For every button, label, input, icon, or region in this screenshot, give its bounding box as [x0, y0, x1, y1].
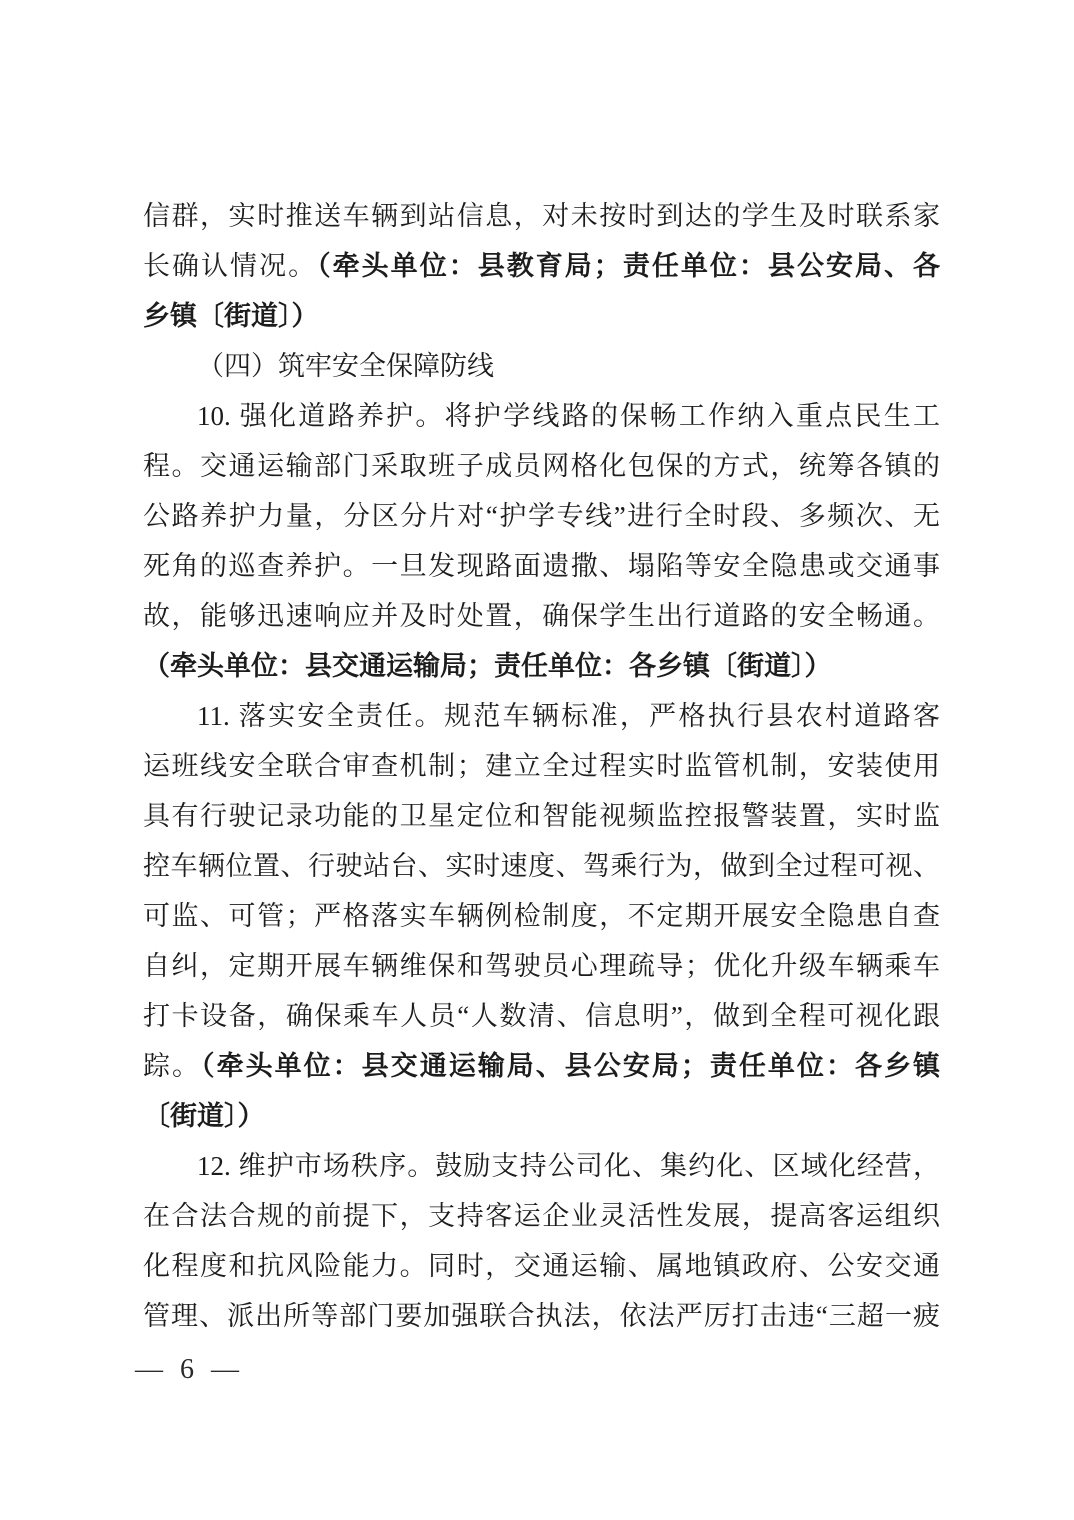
text-line: 故，能够迅速响应并及时处置，确保学生出行道路的安全畅通。 — [143, 591, 940, 641]
body-text: 踪。 — [143, 1051, 201, 1081]
text-line: 自纠，定期开展车辆维保和驾驶员心理疏导；优化升级车辆乘车 — [143, 941, 940, 991]
body-text: 12. 维护市场秩序。鼓励支持公司化、集约化、区域化经营， — [197, 1151, 940, 1181]
responsibility-annotation: （牵头单位：县教育局；责任单位：县公安局、各 — [317, 251, 940, 281]
text-line: 乡镇〔街道〕） — [143, 291, 940, 341]
text-line: 化程度和抗风险能力。同时，交通运输、属地镇政府、公安交通 — [143, 1241, 940, 1291]
body-text: 故，能够迅速响应并及时处置，确保学生出行道路的安全畅通。 — [143, 601, 940, 631]
text-line: 具有行驶记录功能的卫星定位和智能视频监控报警装置，实时监 — [143, 791, 940, 841]
page-number: — 6 — — [135, 1352, 239, 1388]
text-line: 在合法合规的前提下，支持客运企业灵活性发展，提高客运组织 — [143, 1191, 940, 1241]
text-line: 打卡设备，确保乘车人员“人数清、信息明”，做到全程可视化跟 — [143, 991, 940, 1041]
body-text: 10. 强化道路养护。将护学线路的保畅工作纳入重点民生工 — [197, 401, 940, 431]
text-line: 控车辆位置、行驶站台、实时速度、驾乘行为，做到全过程可视、 — [143, 841, 940, 891]
responsibility-annotation: 乡镇〔街道〕） — [143, 301, 319, 331]
section-heading-line: （四）筑牢安全保障防线 — [143, 341, 940, 391]
text-line: 程。交通运输部门采取班子成员网格化包保的方式，统筹各镇的 — [143, 441, 940, 491]
text-line: 10. 强化道路养护。将护学线路的保畅工作纳入重点民生工 — [143, 391, 940, 441]
text-line: 运班线安全联合审查机制；建立全过程实时监管机制，安装使用 — [143, 741, 940, 791]
body-text: 自纠，定期开展车辆维保和驾驶员心理疏导；优化升级车辆乘车 — [143, 951, 940, 981]
text-line: 公路养护力量，分区分片对“护学专线”进行全时段、多频次、无 — [143, 491, 940, 541]
text-line: （牵头单位：县交通运输局；责任单位：各乡镇〔街道〕） — [143, 641, 940, 691]
responsibility-annotation: 〔街道〕） — [143, 1101, 265, 1131]
text-line: 11. 落实安全责任。规范车辆标准，严格执行县农村道路客 — [143, 691, 940, 741]
body-text: 管理、派出所等部门要加强联合执法，依法严厉打击违“三超一疲 — [143, 1301, 940, 1331]
text-line: 死角的巡查养护。一旦发现路面遗撒、塌陷等安全隐患或交通事 — [143, 541, 940, 591]
body-text: 打卡设备，确保乘车人员“人数清、信息明”，做到全程可视化跟 — [143, 1001, 940, 1031]
body-text: 死角的巡查养护。一旦发现路面遗撒、塌陷等安全隐患或交通事 — [143, 551, 940, 581]
body-text: 程。交通运输部门采取班子成员网格化包保的方式，统筹各镇的 — [143, 451, 940, 481]
responsibility-annotation: （牵头单位：县交通运输局；责任单位：各乡镇〔街道〕） — [143, 651, 832, 681]
document-page: 信群，实时推送车辆到站信息，对未按时到达的学生及时联系家长确认情况。（牵头单位：… — [0, 0, 1074, 1520]
body-text: 运班线安全联合审查机制；建立全过程实时监管机制，安装使用 — [143, 751, 940, 781]
text-line: 踪。（牵头单位：县交通运输局、县公安局；责任单位：各乡镇 — [143, 1041, 940, 1091]
text-line: 长确认情况。（牵头单位：县教育局；责任单位：县公安局、各 — [143, 241, 940, 291]
body-text: 长确认情况。 — [143, 251, 317, 281]
text-line: 12. 维护市场秩序。鼓励支持公司化、集约化、区域化经营， — [143, 1141, 940, 1191]
body-text: 化程度和抗风险能力。同时，交通运输、属地镇政府、公安交通 — [143, 1251, 940, 1281]
body-text: 信群，实时推送车辆到站信息，对未按时到达的学生及时联系家 — [143, 201, 940, 231]
text-line: 可监、可管；严格落实车辆例检制度，不定期开展安全隐患自查 — [143, 891, 940, 941]
text-line: 信群，实时推送车辆到站信息，对未按时到达的学生及时联系家 — [143, 191, 940, 241]
body-text: 可监、可管；严格落实车辆例检制度，不定期开展安全隐患自查 — [143, 901, 940, 931]
responsibility-annotation: （牵头单位：县交通运输局、县公安局；责任单位：各乡镇 — [201, 1051, 940, 1081]
body-text: 具有行驶记录功能的卫星定位和智能视频监控报警装置，实时监 — [143, 801, 940, 831]
body-text: 公路养护力量，分区分片对“护学专线”进行全时段、多频次、无 — [143, 501, 940, 531]
text-line: 〔街道〕） — [143, 1091, 940, 1141]
body-text: 控车辆位置、行驶站台、实时速度、驾乘行为，做到全过程可视、 — [143, 851, 940, 881]
section-heading: （四）筑牢安全保障防线 — [197, 351, 494, 381]
text-block: 信群，实时推送车辆到站信息，对未按时到达的学生及时联系家长确认情况。（牵头单位：… — [143, 191, 940, 1341]
text-line: 管理、派出所等部门要加强联合执法，依法严厉打击违“三超一疲 — [143, 1291, 940, 1341]
body-text: 在合法合规的前提下，支持客运企业灵活性发展，提高客运组织 — [143, 1201, 940, 1231]
body-text: 11. 落实安全责任。规范车辆标准，严格执行县农村道路客 — [197, 701, 940, 731]
